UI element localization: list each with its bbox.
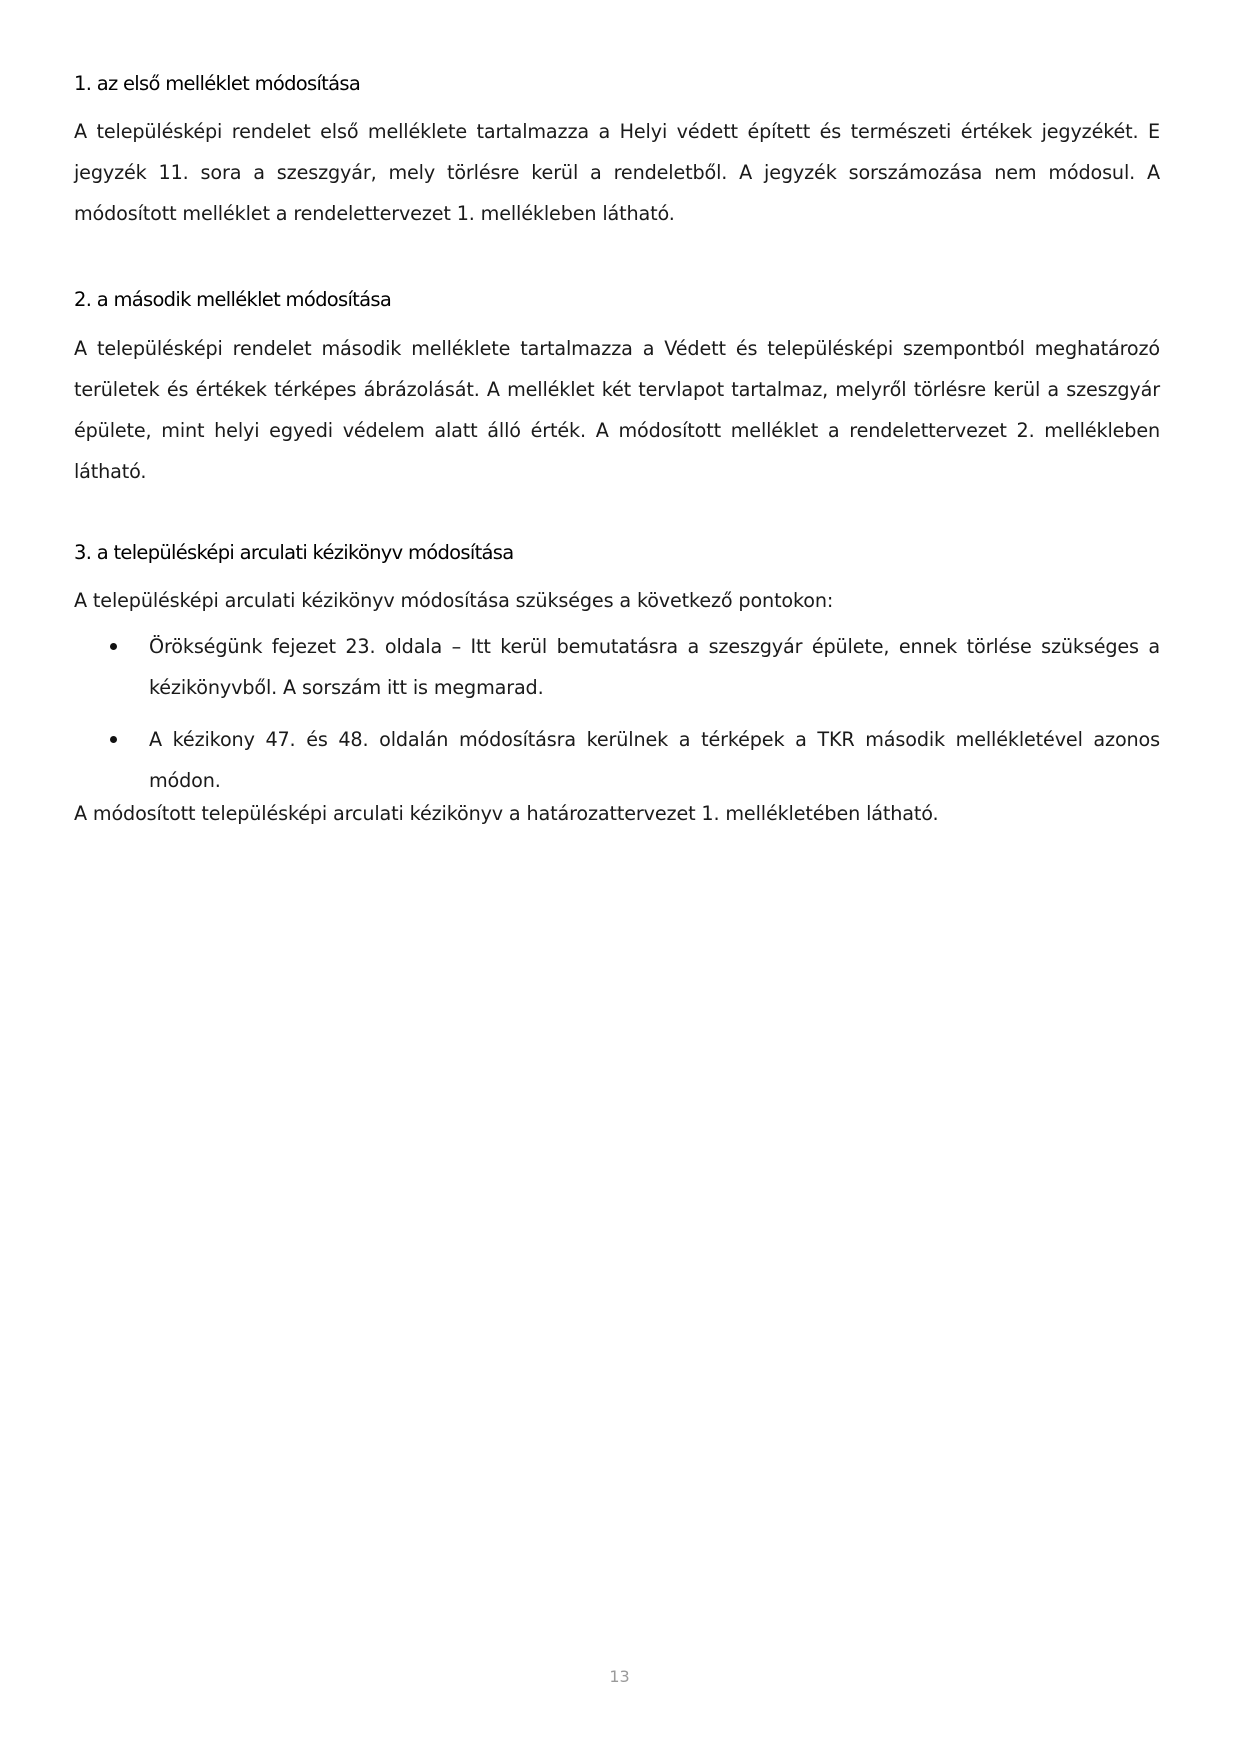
section-1-heading: 1. az első melléklet módosítása [74, 72, 360, 95]
list-item-text: A kézikony 47. és 48. oldalán módosításr… [149, 728, 1160, 792]
list-item: A kézikony 47. és 48. oldalán módosításr… [74, 719, 1160, 801]
section-3-heading: 3. a településképi arculati kézikönyv mó… [74, 541, 514, 564]
list-item: Örökségünk fejezet 23. oldala – Itt kerü… [74, 626, 1160, 708]
section-3-intro: A településképi arculati kézikönyv módos… [74, 580, 1160, 621]
section-3-closing: A módosított településképi arculati kézi… [74, 793, 1160, 834]
page-number: 13 [0, 1667, 1239, 1686]
list-item-text: Örökségünk fejezet 23. oldala – Itt kerü… [149, 635, 1160, 699]
section-3-bullet-list: Örökségünk fejezet 23. oldala – Itt kerü… [74, 626, 1160, 812]
section-2-paragraph: A településképi rendelet második mellékl… [74, 328, 1160, 492]
bullet-icon [110, 736, 117, 743]
section-1-paragraph: A településképi rendelet első melléklete… [74, 111, 1160, 234]
section-2-heading: 2. a második melléklet módosítása [74, 288, 391, 311]
bullet-icon [110, 643, 117, 650]
